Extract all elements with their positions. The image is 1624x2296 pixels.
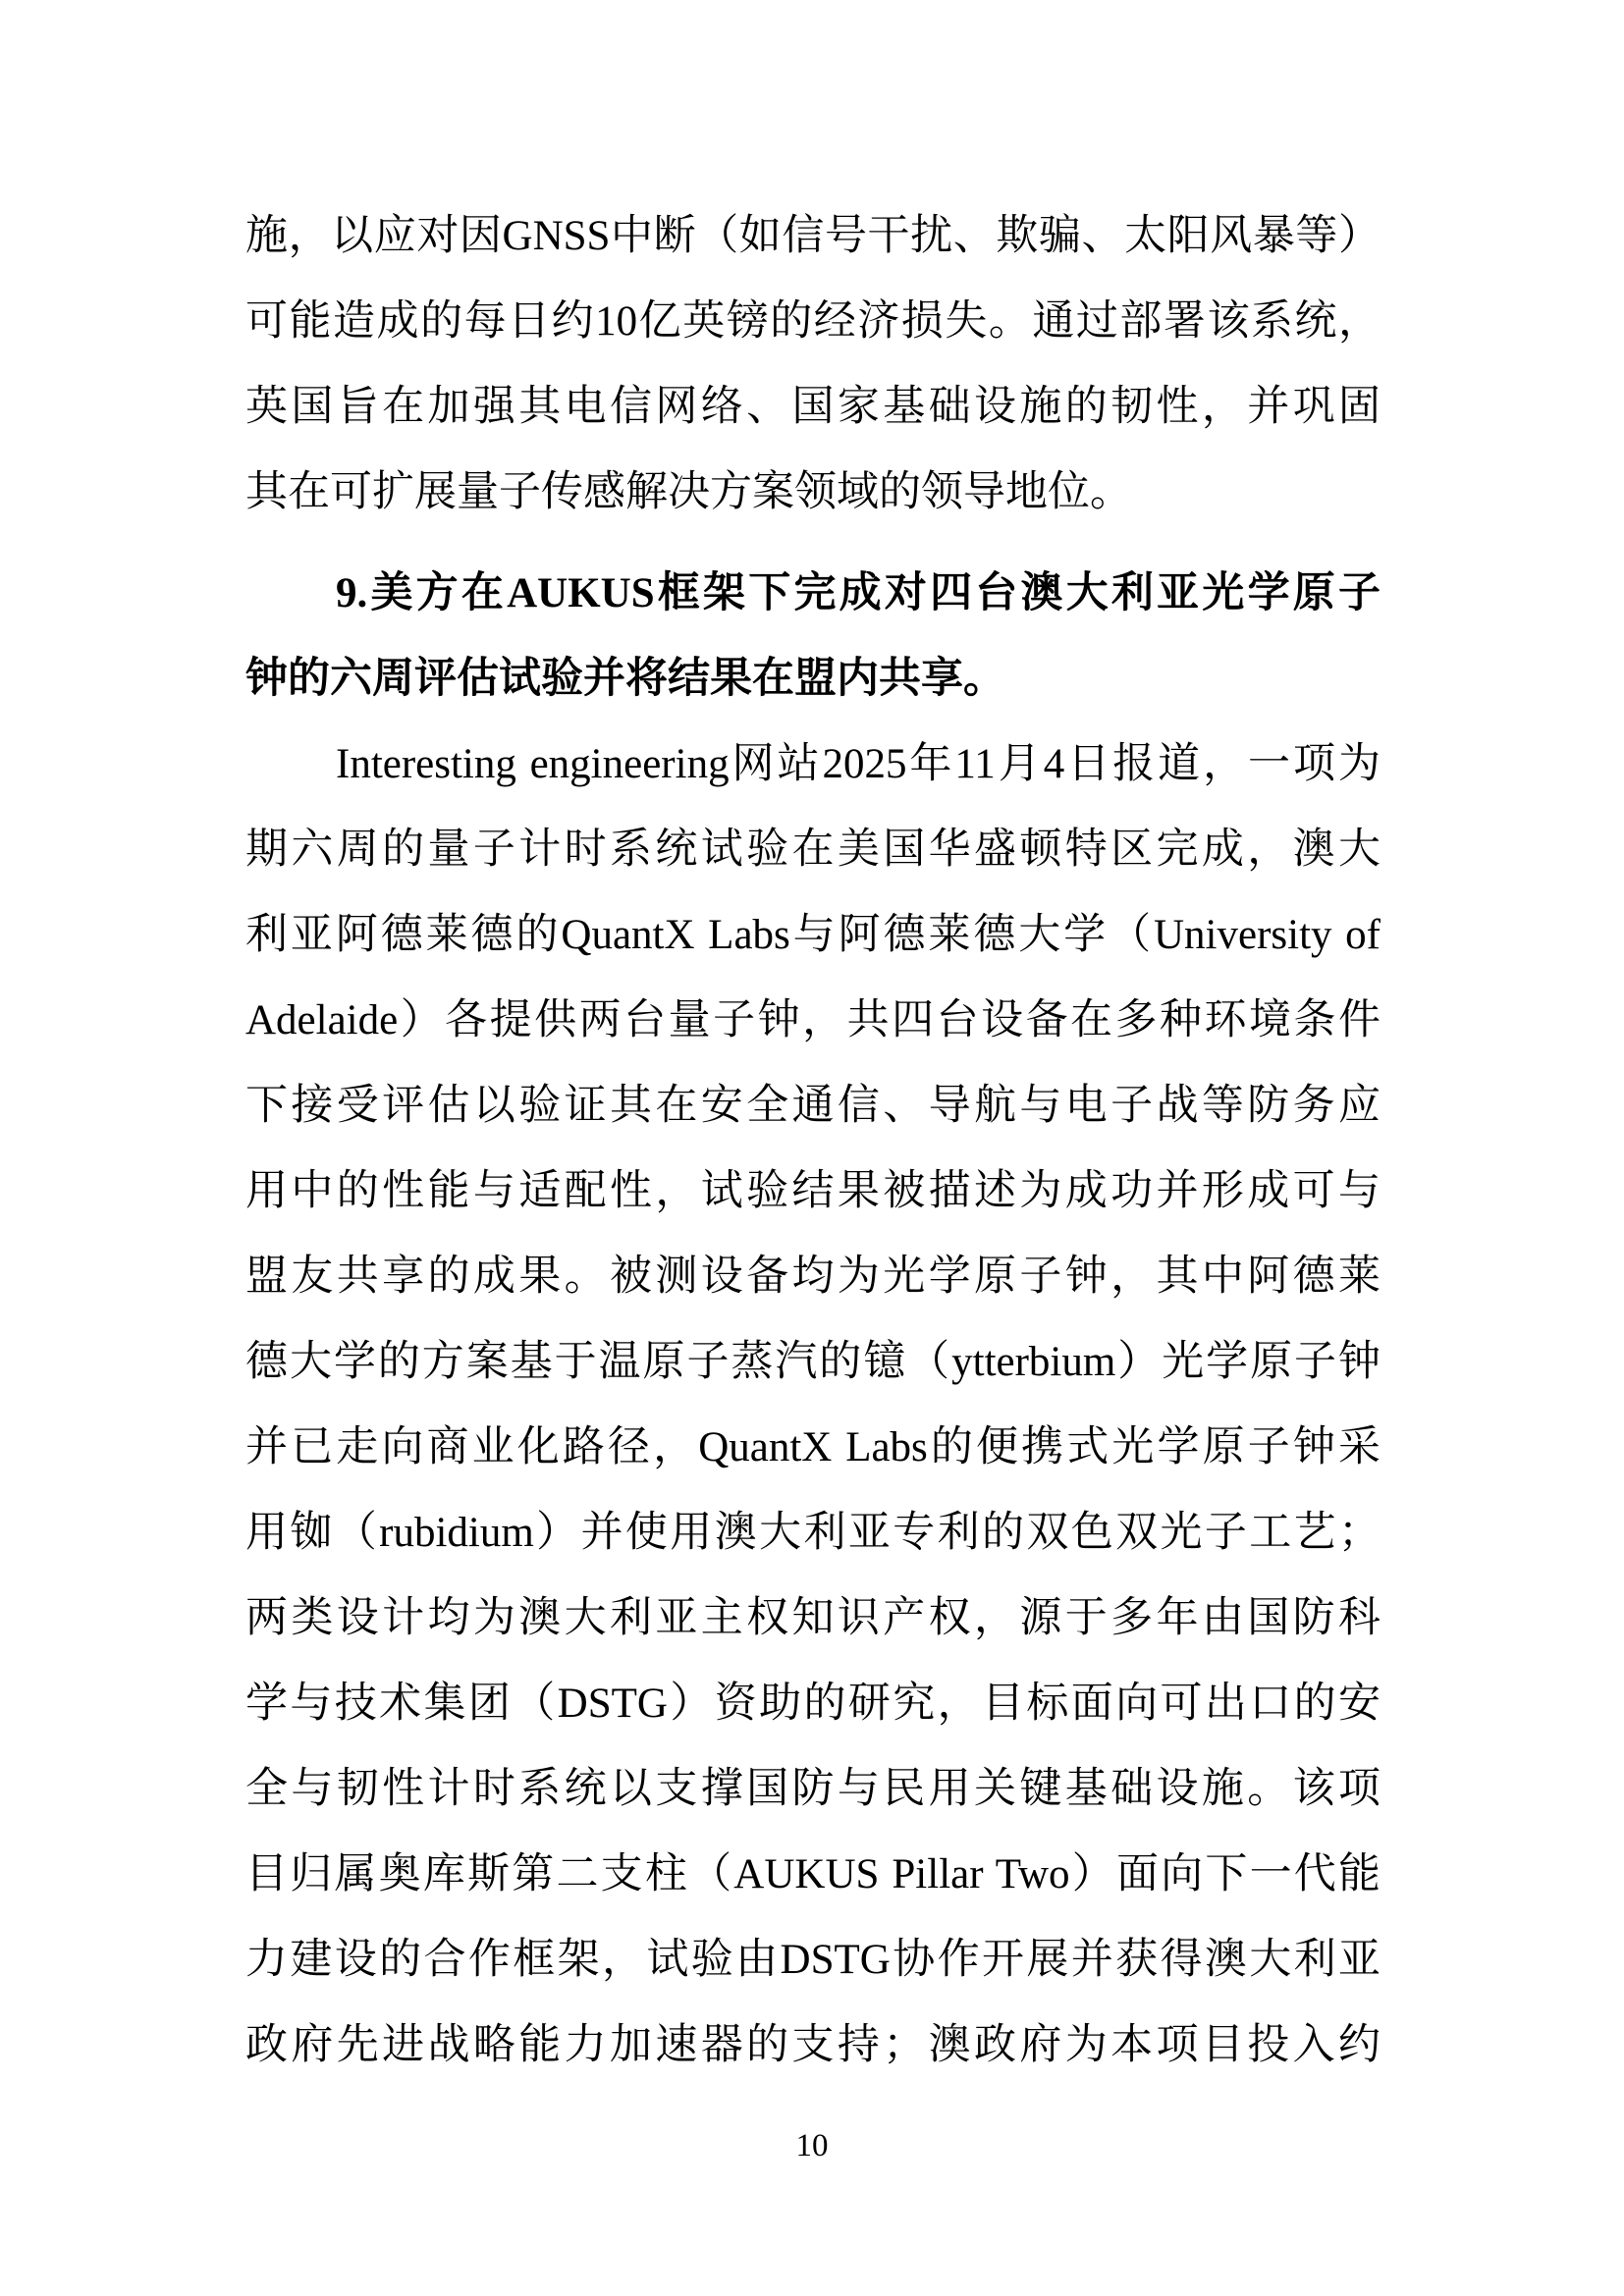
body-line: Adelaide）各提供两台量子钟，共四台设备在多种环境条件 [245,978,1380,1063]
section-9-heading: 9.美方在AUKUS框架下完成对四台澳大利亚光学原子 钟的六周评估试验并将结果在… [245,551,1380,721]
body-line: 英国旨在加强其电信网络、国家基础设施的韧性，并巩固 [245,364,1380,450]
heading-line: 9.美方在AUKUS框架下完成对四台澳大利亚光学原子 [245,551,1380,636]
body-line: 学与技术集团（DSTG）资助的研究，目标面向可出口的安 [245,1661,1380,1746]
heading-line: 钟的六周评估试验并将结果在盟内共享。 [245,636,1380,721]
body-line: 期六周的量子计时系统试验在美国华盛顿特区完成，澳大 [245,807,1380,892]
body-line: 其在可扩展量子传感解决方案领域的领导地位。 [245,450,1380,535]
body-line: 用铷（rubidium）并使用澳大利亚专利的双色双光子工艺； [245,1490,1380,1575]
body-line: 利亚阿德莱德的QuantX Labs与阿德莱德大学（University of [245,892,1380,978]
body-line: 施，以应对因GNSS中断（如信号干扰、欺骗、太阳风暴等） [245,193,1380,279]
body-line: 并已走向商业化路径，QuantX Labs的便携式光学原子钟采 [245,1405,1380,1490]
body-line: 用中的性能与适配性，试验结果被描述为成功并形成可与 [245,1148,1380,1234]
body-line: 目归属奥库斯第二支柱（AUKUS Pillar Two）面向下一代能 [245,1832,1380,1917]
document-page: 施，以应对因GNSS中断（如信号干扰、欺骗、太阳风暴等） 可能造成的每日约10亿… [0,0,1624,2296]
body-line: 两类设计均为澳大利亚主权知识产权，源于多年由国防科 [245,1575,1380,1661]
document-body: 施，以应对因GNSS中断（如信号干扰、欺骗、太阳风暴等） 可能造成的每日约10亿… [245,193,1380,2088]
paragraph-continued-from-previous-page: 施，以应对因GNSS中断（如信号干扰、欺骗、太阳风暴等） 可能造成的每日约10亿… [245,193,1380,535]
body-line: 可能造成的每日约10亿英镑的经济损失。通过部署该系统， [245,279,1380,364]
body-line: 政府先进战略能力加速器的支持；澳政府为本项目投入约 [245,2002,1380,2088]
body-line: 下接受评估以验证其在安全通信、导航与电子战等防务应 [245,1063,1380,1148]
body-line: Interesting engineering网站2025年11月4日报道，一项… [245,721,1380,807]
body-line: 全与韧性计时系统以支撑国防与民用关键基础设施。该项 [245,1746,1380,1832]
page-number: 10 [0,2126,1624,2165]
body-line: 力建设的合作框架，试验由DSTG协作开展并获得澳大利亚 [245,1917,1380,2002]
body-line: 德大学的方案基于温原子蒸汽的镱（ytterbium）光学原子钟 [245,1319,1380,1405]
paragraph-aukus-clock-trial: Interesting engineering网站2025年11月4日报道，一项… [245,721,1380,2088]
body-line: 盟友共享的成果。被测设备均为光学原子钟，其中阿德莱 [245,1234,1380,1319]
